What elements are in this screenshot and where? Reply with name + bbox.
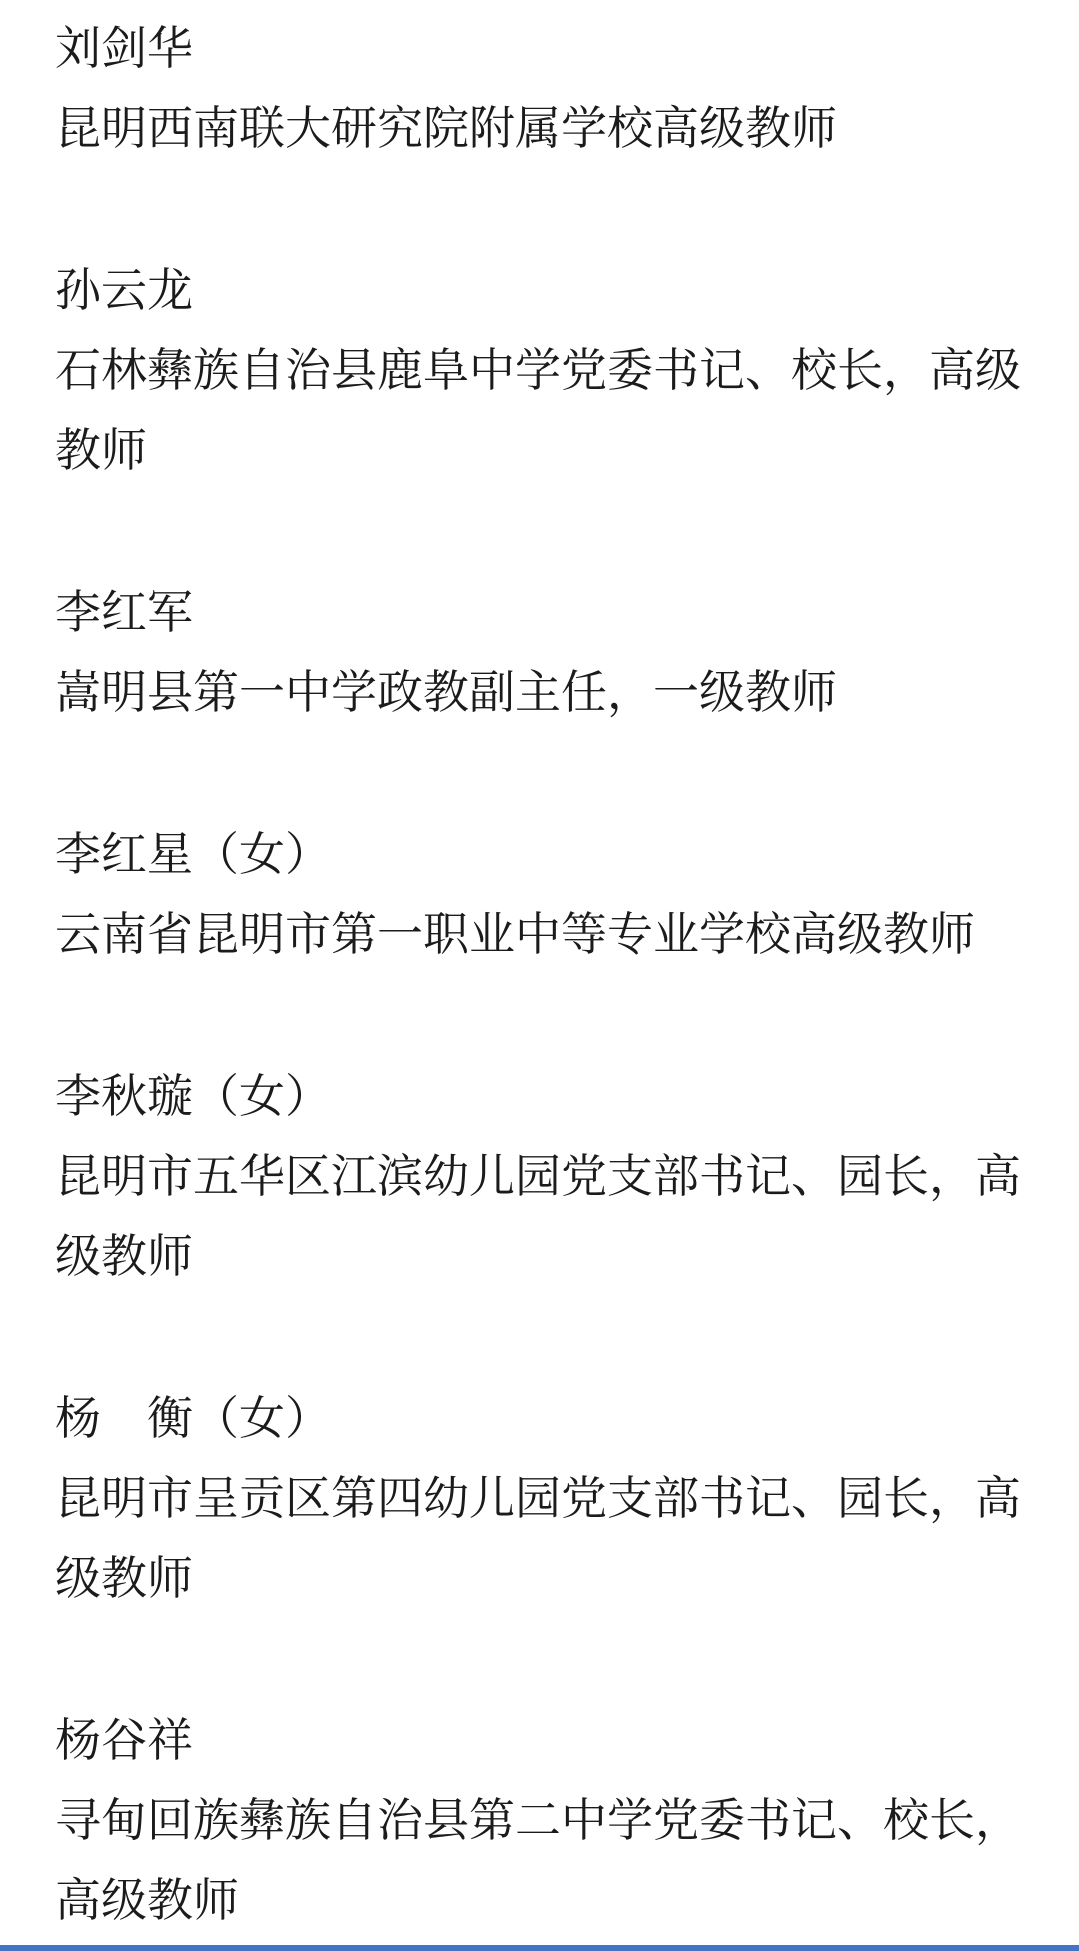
teacher-title-line: 云南省昆明市第一职业中等专业学校高级教师 — [55, 894, 1025, 974]
teacher-title-line: 昆明市五华区江滨幼儿园党支部书记、园长，高 — [55, 1136, 1025, 1216]
teacher-title-line: 寻甸回族彝族自治县第二中学党委书记、校长， — [55, 1780, 1025, 1860]
teacher-entry: 杨 衡（女） 昆明市呈贡区第四幼儿园党支部书记、园长，高 级教师 — [55, 1378, 1025, 1618]
teacher-title-line: 级教师 — [55, 1538, 1025, 1618]
teacher-title-line: 昆明市呈贡区第四幼儿园党支部书记、园长，高 — [55, 1458, 1025, 1538]
teacher-entry: 李红星（女） 云南省昆明市第一职业中等专业学校高级教师 — [55, 814, 1025, 974]
teacher-entry: 李秋璇（女） 昆明市五华区江滨幼儿园党支部书记、园长，高 级教师 — [55, 1056, 1025, 1296]
teacher-entry: 李红军 嵩明县第一中学政教副主任，一级教师 — [55, 572, 1025, 732]
teacher-title-line: 教师 — [55, 410, 1025, 490]
teacher-entry: 杨谷祥 寻甸回族彝族自治县第二中学党委书记、校长， 高级教师 — [55, 1700, 1025, 1940]
teacher-title-line: 昆明西南联大研究院附属学校高级教师 — [55, 88, 1025, 168]
teacher-title-line: 石林彝族自治县鹿阜中学党委书记、校长，高级 — [55, 330, 1025, 410]
teacher-award-list: 刘剑华 昆明西南联大研究院附属学校高级教师 孙云龙 石林彝族自治县鹿阜中学党委书… — [0, 0, 1079, 1940]
teacher-name: 李红星（女） — [55, 814, 1025, 894]
teacher-name: 刘剑华 — [55, 8, 1025, 88]
teacher-title-line: 嵩明县第一中学政教副主任，一级教师 — [55, 652, 1025, 732]
teacher-name: 孙云龙 — [55, 250, 1025, 330]
teacher-name: 李红军 — [55, 572, 1025, 652]
teacher-name: 杨 衡（女） — [55, 1378, 1025, 1458]
teacher-name: 杨谷祥 — [55, 1700, 1025, 1780]
teacher-title-line: 高级教师 — [55, 1860, 1025, 1940]
teacher-entry: 孙云龙 石林彝族自治县鹿阜中学党委书记、校长，高级 教师 — [55, 250, 1025, 490]
teacher-entry: 刘剑华 昆明西南联大研究院附属学校高级教师 — [55, 8, 1025, 168]
bottom-accent-bar — [0, 1945, 1079, 1951]
teacher-title-line: 级教师 — [55, 1216, 1025, 1296]
teacher-name: 李秋璇（女） — [55, 1056, 1025, 1136]
